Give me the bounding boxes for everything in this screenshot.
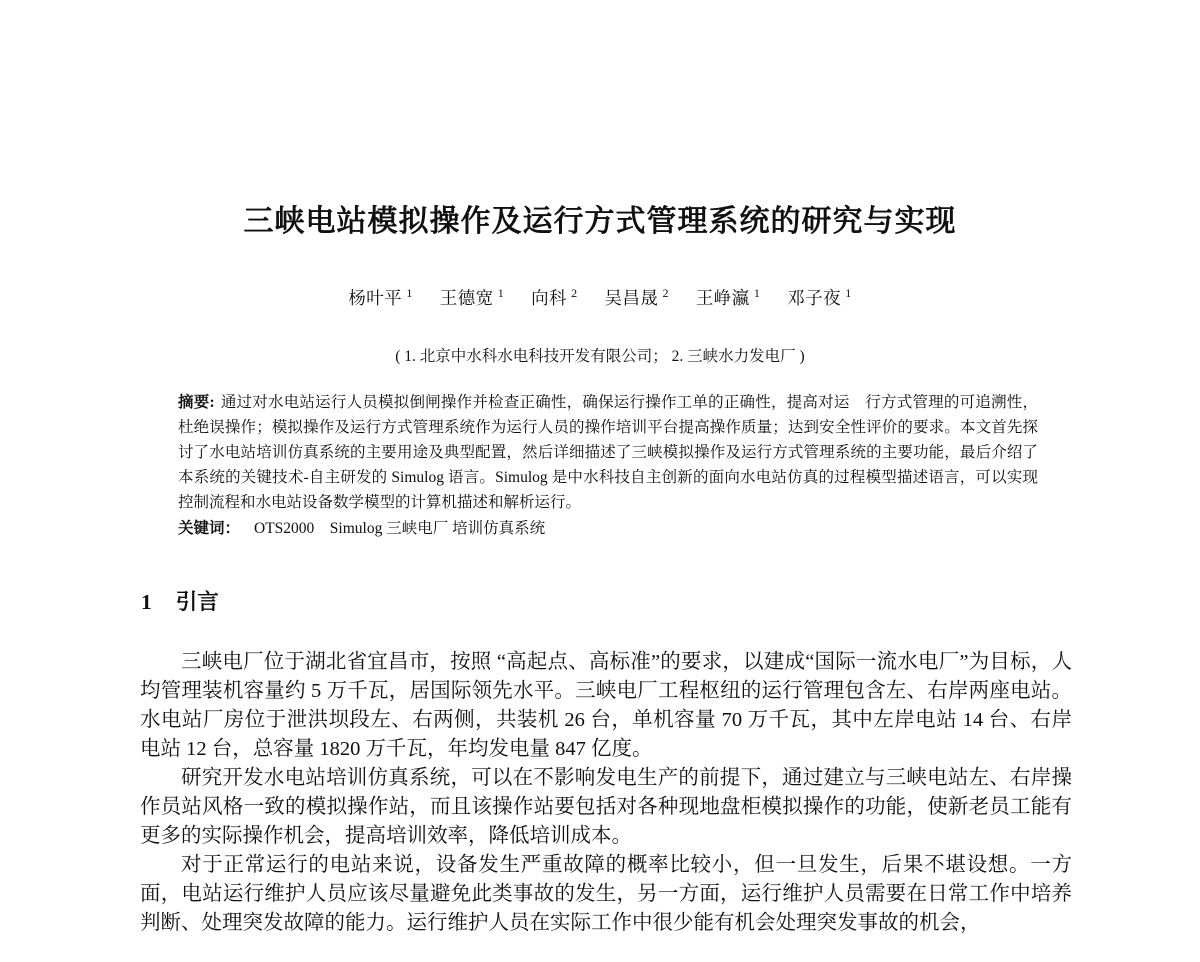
section-number: 1	[141, 590, 152, 614]
keywords-text: OTS2000 Simulog 三峡电厂 培训仿真系统	[254, 520, 545, 537]
author-name: 吴昌晟	[604, 288, 658, 308]
keywords-label: 关键词：	[178, 520, 240, 537]
author-name: 王德宽	[440, 288, 494, 308]
author-name: 邓子夜	[787, 288, 841, 308]
author: 杨叶平1	[348, 285, 413, 310]
abstract-label: 摘要:	[178, 394, 215, 411]
author: 王德宽1	[440, 285, 505, 310]
author-affiliation-superscript: 2	[662, 286, 669, 300]
section-title: 引言	[176, 590, 219, 614]
paper-title: 三峡电站模拟操作及运行方式管理系统的研究与实现	[0, 0, 1200, 241]
authors-line: 杨叶平1 王德宽1 向科2 吴昌晟2 王峥瀛1 邓子夜1	[0, 285, 1200, 310]
body-paragraph: 三峡电厂位于湖北省宜昌市，按照 “高起点、高标准”的要求，以建成“国际一流水电厂…	[140, 648, 1072, 764]
author: 向科2	[531, 285, 578, 310]
abstract-text: 通过对水电站运行人员模拟倒闸操作并检查正确性，确保运行操作工单的正确性，提高对运…	[178, 394, 1038, 511]
author-name: 王峥瀛	[696, 288, 750, 308]
author: 吴昌晟2	[604, 285, 669, 310]
keywords: 关键词：OTS2000 Simulog 三峡电厂 培训仿真系统	[178, 516, 1038, 541]
paper-page: 三峡电站模拟操作及运行方式管理系统的研究与实现 杨叶平1 王德宽1 向科2 吴昌…	[0, 0, 1200, 962]
author-name: 杨叶平	[348, 288, 402, 308]
body-paragraph: 研究开发水电站培训仿真系统，可以在不影响发电生产的前提下，通过建立与三峡电站左、…	[140, 764, 1072, 851]
author: 王峥瀛1	[696, 285, 761, 310]
author-name: 向科	[531, 288, 567, 308]
author-affiliation-superscript: 2	[571, 286, 578, 300]
author-affiliation-superscript: 1	[406, 286, 413, 300]
section-heading-introduction: 1引言	[141, 585, 1200, 616]
author-affiliation-superscript: 1	[498, 286, 505, 300]
author: 邓子夜1	[787, 285, 852, 310]
affiliation: ( 1. 北京中水科水电科技开发有限公司； 2. 三峡水力发电厂 )	[0, 344, 1200, 366]
introduction-body: 三峡电厂位于湖北省宜昌市，按照 “高起点、高标准”的要求，以建成“国际一流水电厂…	[140, 648, 1072, 938]
author-affiliation-superscript: 1	[845, 286, 852, 300]
abstract: 摘要:通过对水电站运行人员模拟倒闸操作并检查正确性，确保运行操作工单的正确性，提…	[178, 390, 1038, 515]
body-paragraph: 对于正常运行的电站来说，设备发生严重故障的概率比较小，但一旦发生，后果不堪设想。…	[140, 851, 1072, 938]
author-affiliation-superscript: 1	[754, 286, 761, 300]
